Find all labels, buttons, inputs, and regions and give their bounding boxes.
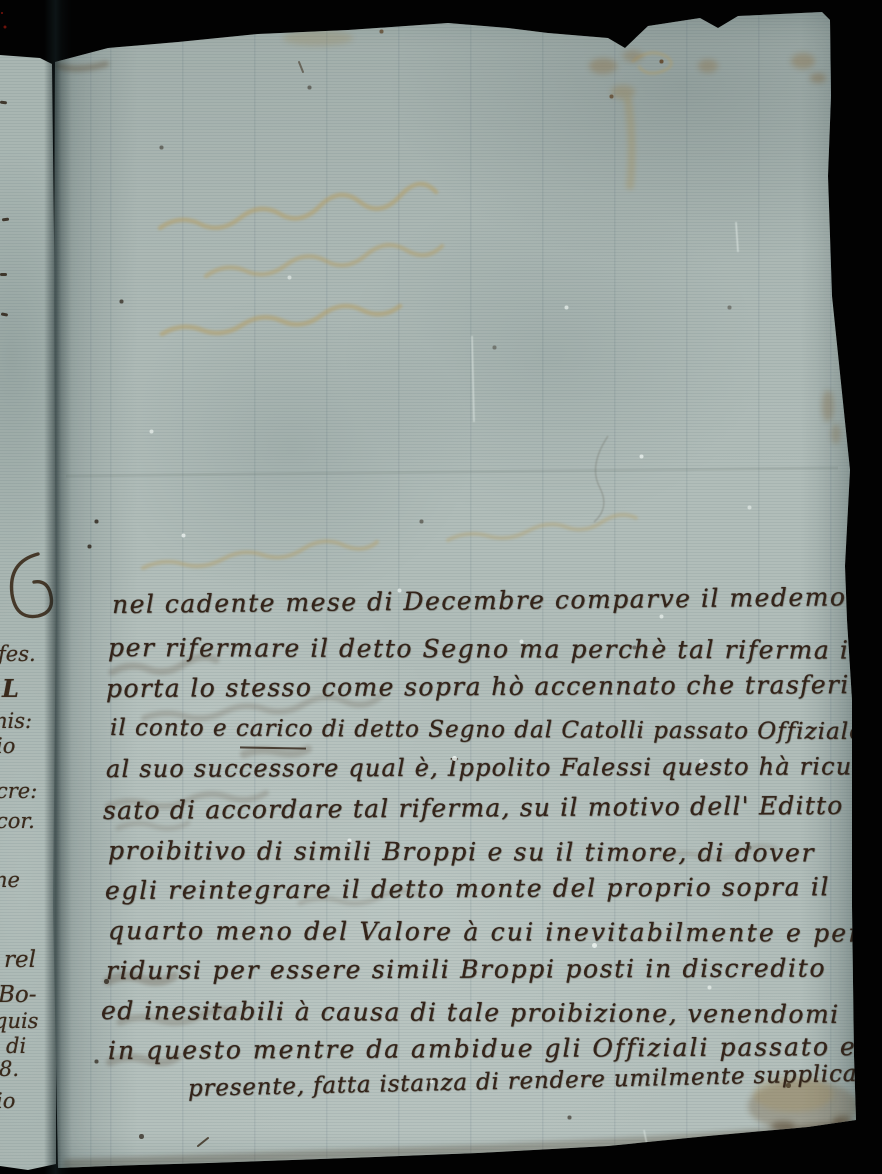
dust-specks [1,12,3,14]
edge-shading [48,6,860,1172]
margin-fragment: cor. [0,809,35,833]
margin-fragment: quis [0,1009,38,1033]
fold-shadow [44,0,72,1174]
margin-fragment: nis: [0,709,32,733]
manuscript-scan: fes. L nis: io cre: cor. ne rel Bo- quis… [0,0,882,1174]
margin-fragment: Bo- [0,982,37,1008]
margin-fragment: ne [0,868,20,892]
margin-fragment: 8. [0,1057,19,1081]
margin-fragment: io [0,1089,15,1113]
margin-fragment: di [6,1034,26,1058]
letter-page: nel cadente mese di Decembre comparve il… [48,6,860,1172]
margin-fragment: fes. [0,642,36,666]
margin-fragment: L [2,674,19,703]
margin-fragment: io [0,734,15,758]
margin-fragment: cre: [0,779,37,803]
margin-fragment: rel [4,947,36,973]
